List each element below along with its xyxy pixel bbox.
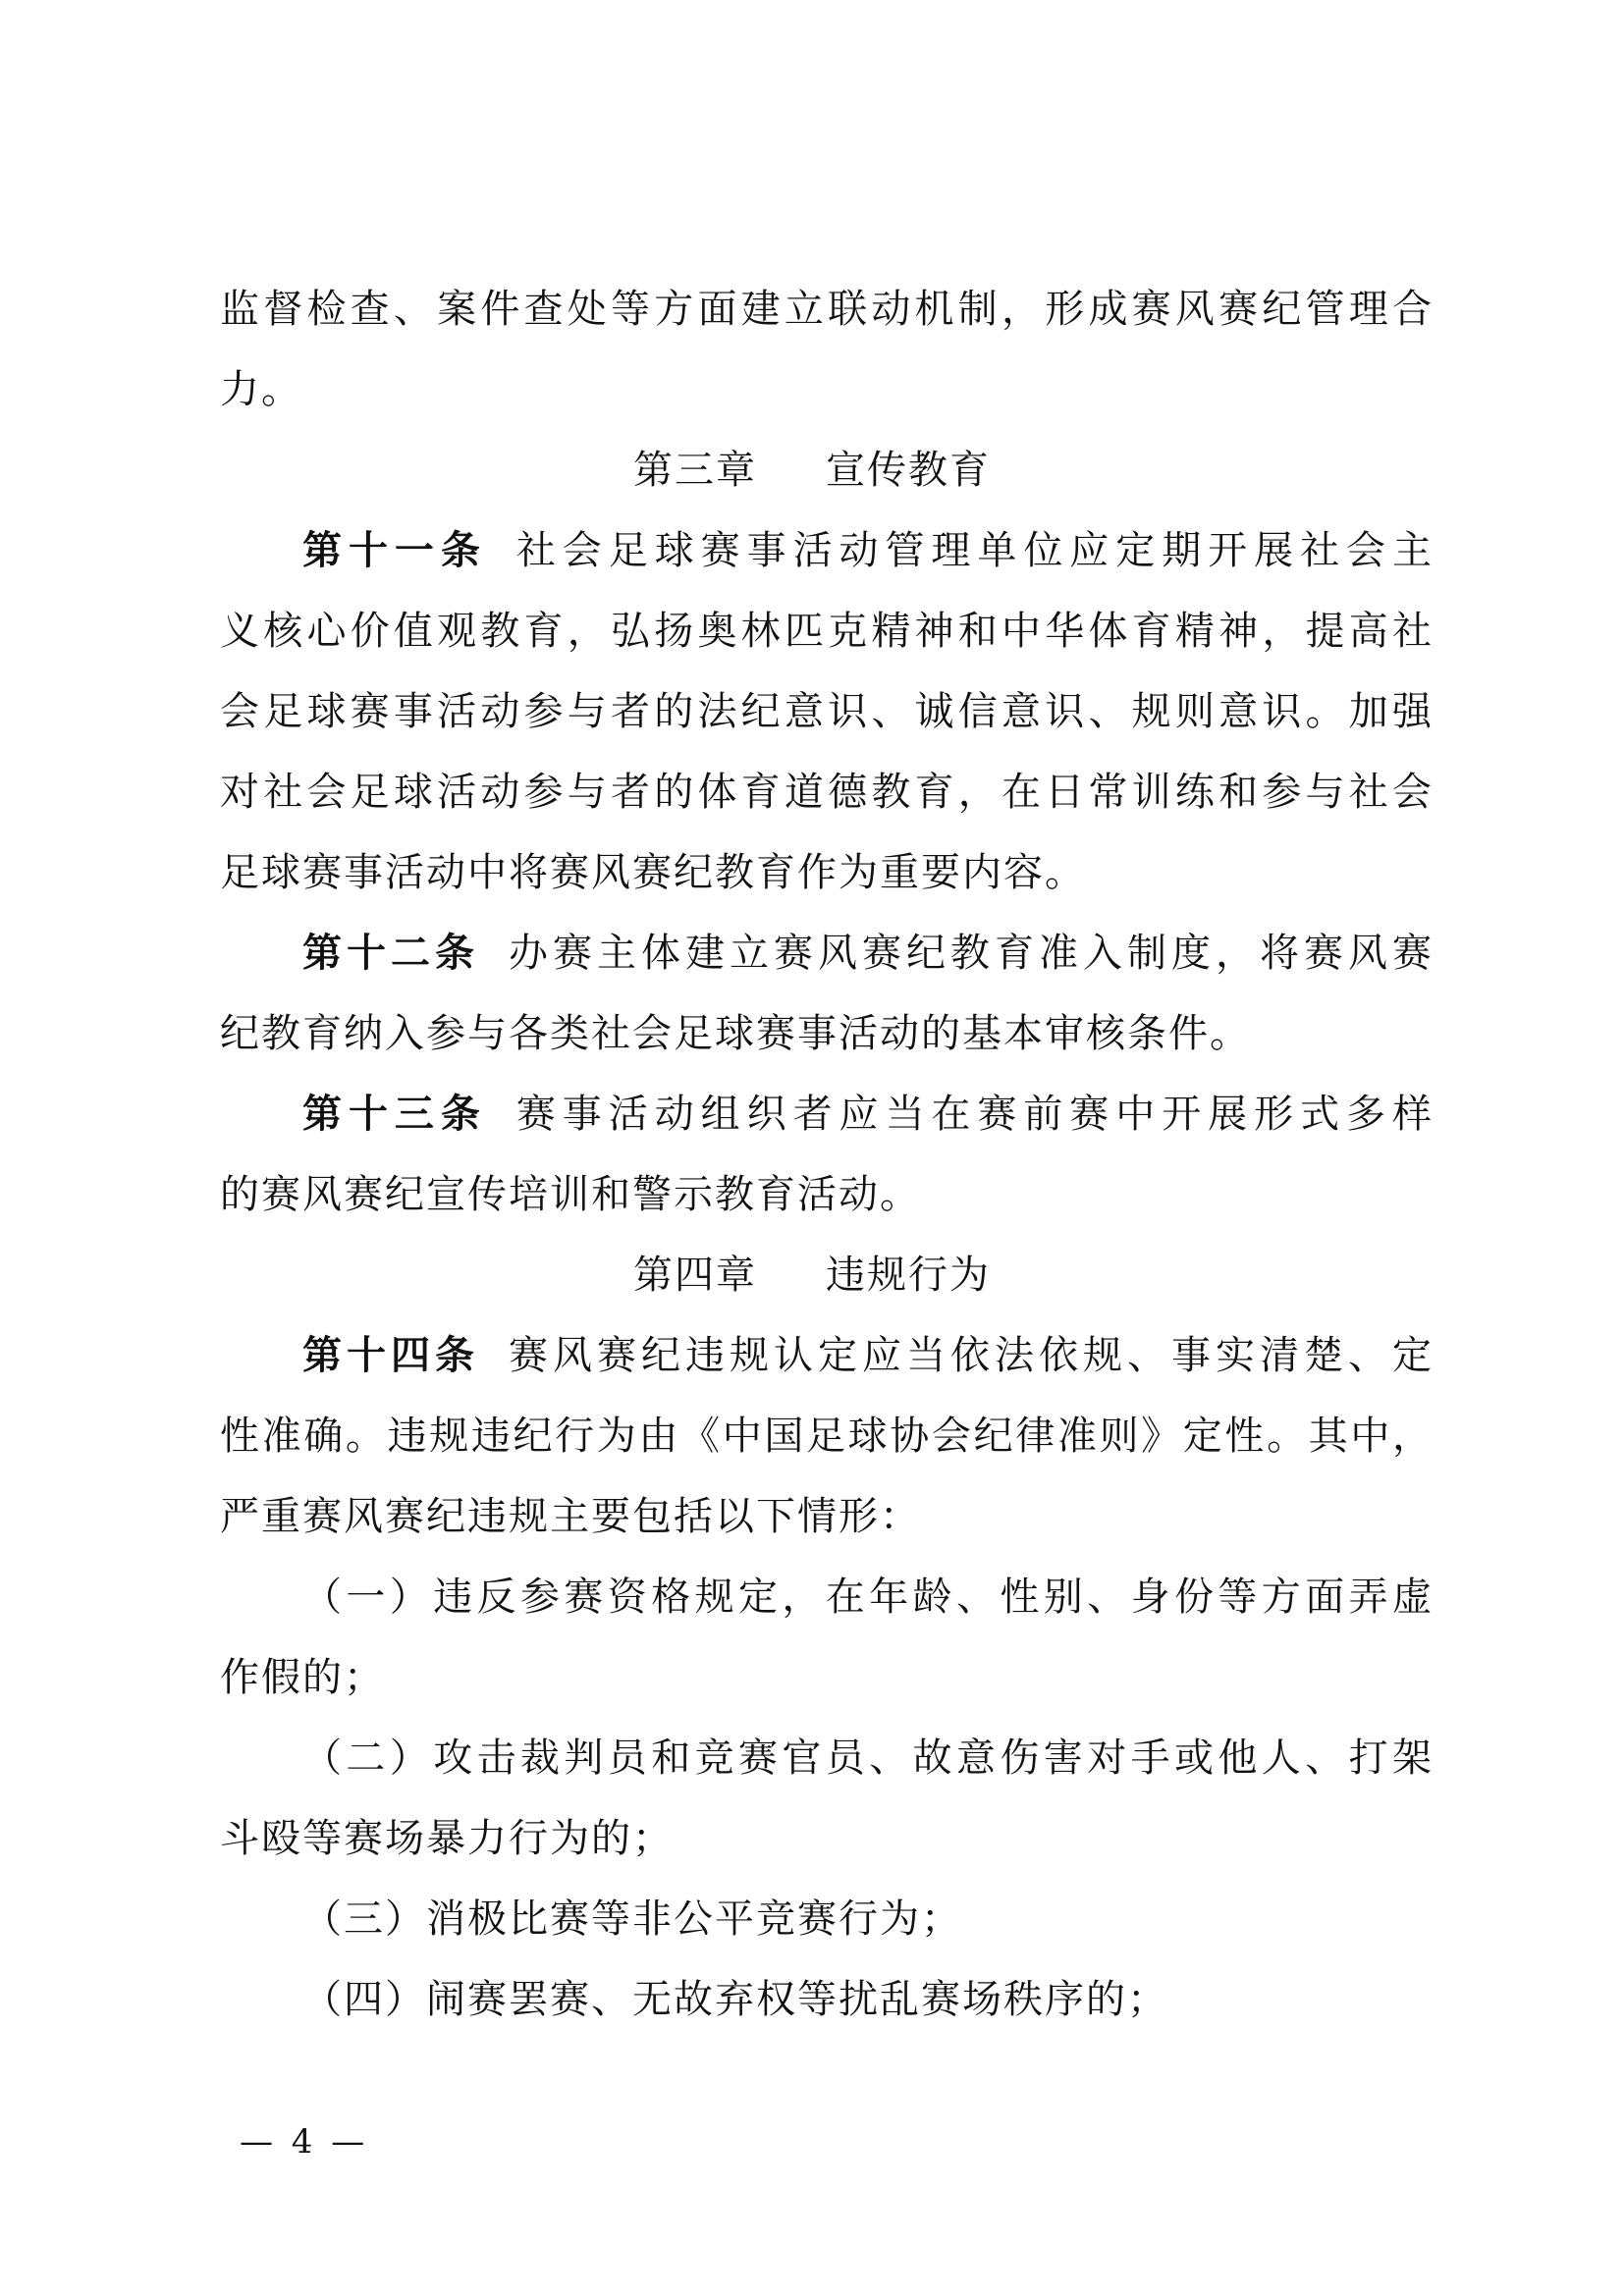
list-item-line: （二）攻击裁判员和竞赛官员、故意伤害对手或他人、打架 <box>302 1734 1434 1783</box>
document-page: 监督检查、案件查处等方面建立联动机制，形成赛风赛纪管理合 力。 第三章宣传教育 … <box>0 0 1624 2296</box>
list-item-continuation: 作假的； <box>220 1653 1434 1702</box>
chapter-heading: 第四章违规行为 <box>0 1251 1624 1300</box>
article-label: 第十二条 <box>302 931 479 976</box>
paragraph-line: 严重赛风赛纪违规主要包括以下情形： <box>220 1492 1434 1541</box>
paragraph-line: 的赛风赛纪宣传培训和警示教育活动。 <box>220 1170 1434 1219</box>
article-label: 第十一条 <box>302 528 487 573</box>
chapter-heading: 第三章宣传教育 <box>0 446 1624 495</box>
chapter-title: 宣传教育 <box>826 448 991 493</box>
chapter-title: 违规行为 <box>826 1253 991 1298</box>
article-first-line: 第十一条社会足球赛事活动管理单位应定期开展社会主 <box>302 526 1434 575</box>
article-first-line: 第十四条赛风赛纪违规认定应当依法依规、事实清楚、定 <box>302 1331 1434 1380</box>
article-first-line: 第十二条办赛主体建立赛风赛纪教育准入制度，将赛风赛 <box>302 929 1434 978</box>
list-item-line: （三）消极比赛等非公平竞赛行为； <box>302 1895 1434 1944</box>
paragraph-line: 会足球赛事活动参与者的法纪意识、诚信意识、规则意识。加强 <box>220 687 1434 736</box>
page-number: — 4 — <box>240 2122 368 2162</box>
paragraph-line: 纪教育纳入参与各类社会足球赛事活动的基本审核条件。 <box>220 1009 1434 1058</box>
list-item-line: （四）闹赛罢赛、无故弃权等扰乱赛场秩序的； <box>302 1975 1434 2024</box>
paragraph-line: 义核心价值观教育，弘扬奥林匹克精神和中华体育精神，提高社 <box>220 607 1434 656</box>
chapter-number: 第四章 <box>633 1253 757 1298</box>
paragraph-line: 足球赛事活动中将赛风赛纪教育作为重要内容。 <box>220 848 1434 897</box>
paragraph-line: 力。 <box>220 365 1434 414</box>
article-first-line: 第十三条赛事活动组织者应当在赛前赛中开展形式多样 <box>302 1090 1434 1139</box>
paragraph-line: 监督检查、案件查处等方面建立联动机制，形成赛风赛纪管理合 <box>220 285 1434 334</box>
article-label: 第十四条 <box>302 1333 479 1378</box>
paragraph-line: 对社会足球活动参与者的体育道德教育，在日常训练和参与社会 <box>220 768 1434 817</box>
list-item-line: （一）违反参赛资格规定，在年龄、性别、身份等方面弄虚 <box>302 1573 1434 1622</box>
article-label: 第十三条 <box>302 1092 487 1137</box>
paragraph-line: 性准确。违规违纪行为由《中国足球协会纪律准则》定性。其中， <box>220 1412 1434 1461</box>
list-item-continuation: 斗殴等赛场暴力行为的； <box>220 1814 1434 1863</box>
chapter-number: 第三章 <box>633 448 757 493</box>
